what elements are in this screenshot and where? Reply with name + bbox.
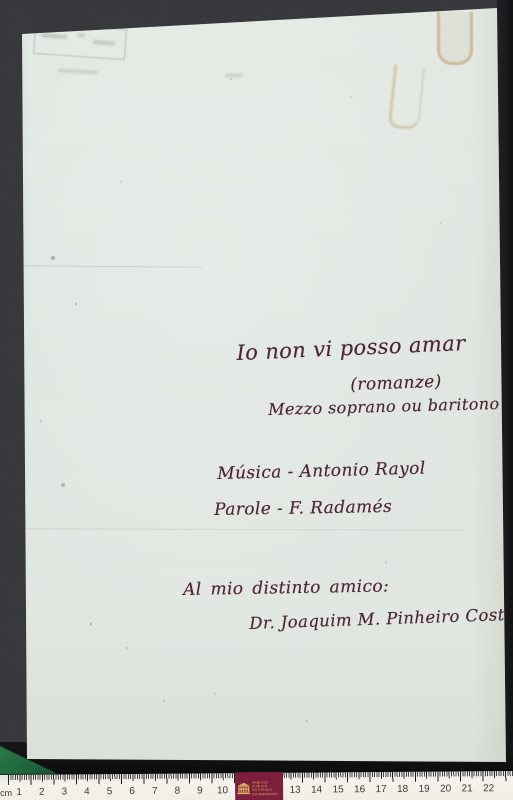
ruler-number: 3 [62, 787, 68, 798]
ruler-number: 10 [217, 785, 228, 796]
ruler-number: 19 [419, 784, 430, 795]
scanned-document-page: Io non vi posso amar (romanze) Mezzo sop… [0, 0, 513, 800]
lyrics-credit-handwriting: Parole - F. Radamés [214, 497, 392, 520]
music-credit-handwriting: Música - Antonio Rayol [217, 459, 426, 484]
tape-stain [437, 12, 473, 65]
ruler-number: 2 [39, 787, 45, 798]
measurement-ruler: cm 12345678910 13141516171819202122 ARQU… [0, 771, 513, 800]
ruler-number: 8 [175, 786, 181, 797]
ruler-number: 4 [84, 786, 90, 797]
manuscript-paper: Io non vi posso amar (romanze) Mezzo sop… [0, 0, 513, 772]
ruler-number: 1 [16, 787, 22, 798]
dedication-handwriting: Al mio distinto amico: [183, 576, 389, 600]
dedicatee-handwriting: Dr. Joaquim M. Pinheiro Costa [249, 605, 513, 633]
paper-crease [24, 528, 464, 531]
archive-building-icon [237, 781, 250, 796]
song-subtitle-handwriting: (romanze) [350, 372, 442, 395]
ruler-number: 21 [462, 783, 473, 794]
ruler-number: 7 [152, 786, 158, 797]
song-title-handwriting: Io non vi posso amar [236, 331, 466, 365]
ruler-number: 6 [129, 786, 135, 797]
ruler-number: 20 [440, 784, 451, 795]
ruler-number: 17 [376, 784, 387, 795]
archive-logo-line: DO MARANHÃO [252, 792, 278, 796]
paper-crease [22, 265, 202, 267]
ruler-number: 22 [483, 783, 494, 794]
ruler-number: 15 [333, 784, 344, 795]
archive-logo-text: ARQUIVO PÚBLICO DO ESTADO DO MARANHÃO [252, 780, 278, 795]
archive-logo: ARQUIVO PÚBLICO DO ESTADO DO MARANHÃO [235, 772, 283, 800]
ruler-number: 14 [311, 785, 322, 796]
ruler-number: 13 [290, 785, 301, 796]
ink-smudge [58, 69, 98, 74]
voice-type-handwriting: Mezzo soprano ou baritono [268, 394, 500, 419]
ruler-unit-label: cm [0, 788, 12, 798]
tape-stain [388, 65, 425, 131]
ink-smudge [225, 74, 243, 77]
ruler-number: 5 [107, 786, 113, 797]
ruler-number: 18 [397, 784, 408, 795]
ruler-number: 16 [354, 784, 365, 795]
ruler-number: 9 [197, 785, 203, 796]
